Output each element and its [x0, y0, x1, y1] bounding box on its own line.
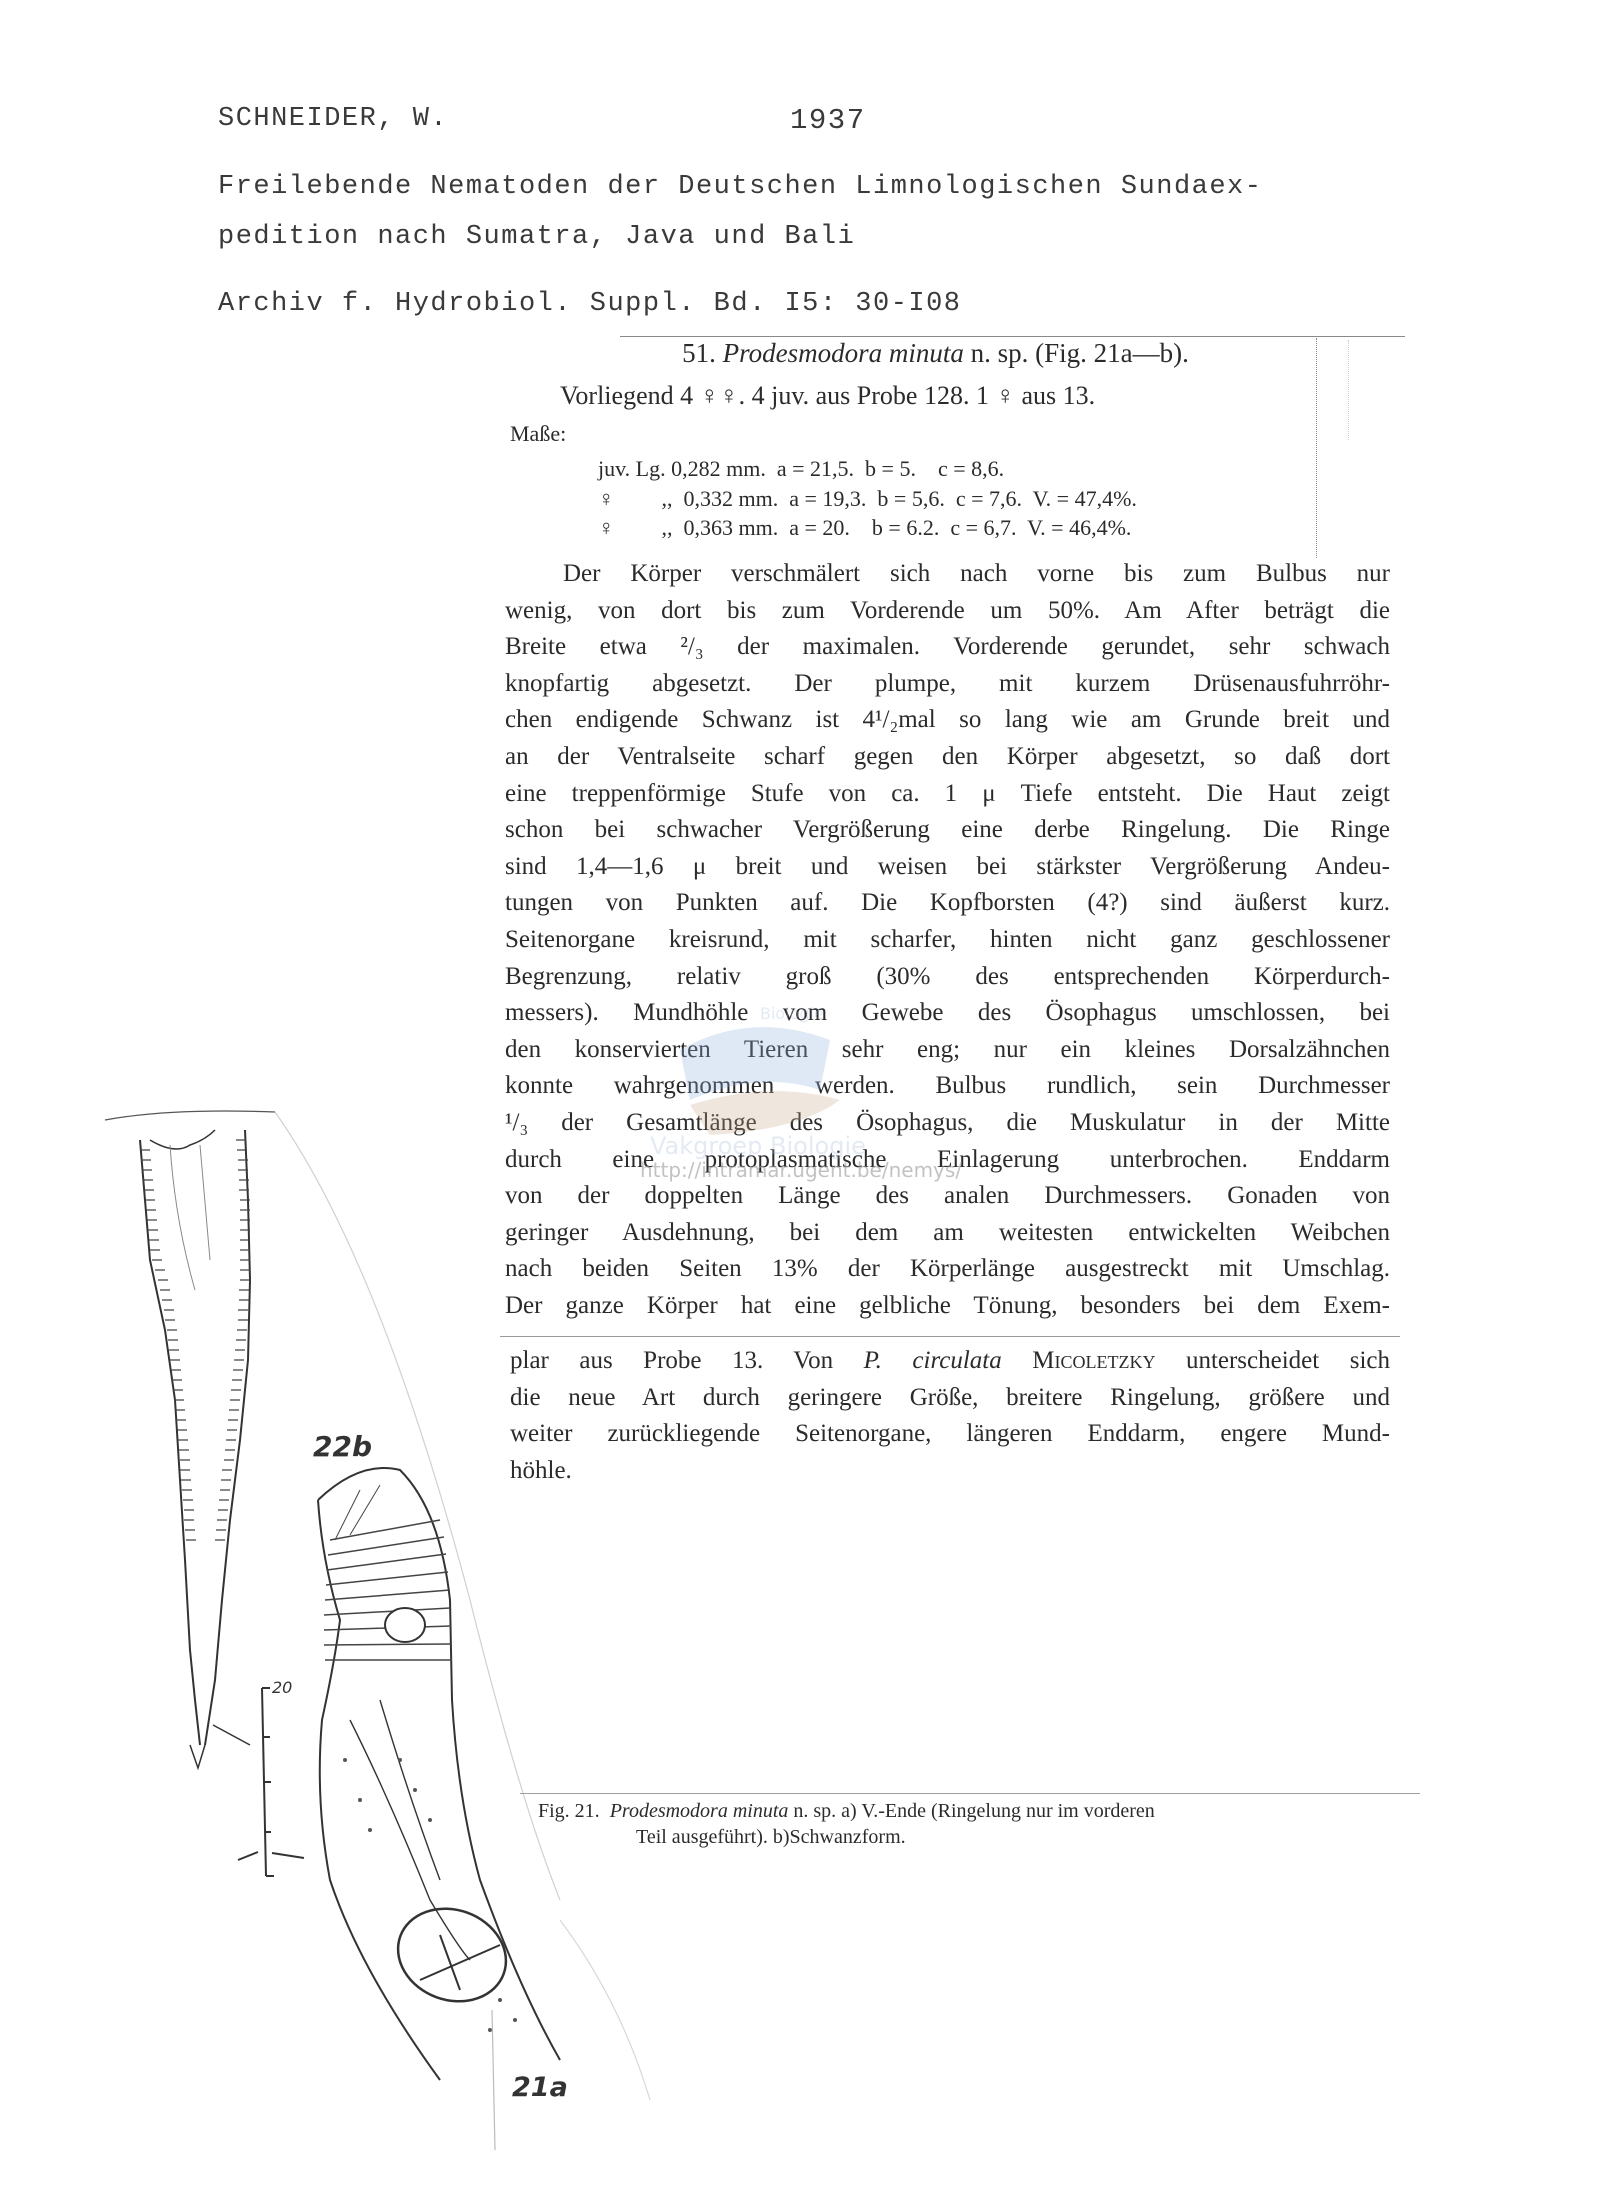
caption-rule — [520, 1793, 1420, 1794]
caption-species: Prodesmodora minuta — [610, 1800, 789, 1822]
nematode-figure-icon — [0, 0, 1601, 2192]
scale-bar-label: 20 — [272, 1678, 292, 1697]
figure-caption-line1: Fig. 21. Prodesmodora minuta n. sp. a) V… — [538, 1800, 1155, 1823]
figure-caption-line2: Teil ausgeführt). b)Schwanzform. — [636, 1826, 906, 1849]
figure-label-22b: 22b — [313, 1430, 372, 1463]
figure-label-21a: 21a — [512, 2072, 568, 2103]
caption-text: n. sp. a) V.-Ende (Ringelung nur im vord… — [788, 1800, 1154, 1822]
caption-prefix: Fig. 21. — [538, 1800, 600, 1822]
